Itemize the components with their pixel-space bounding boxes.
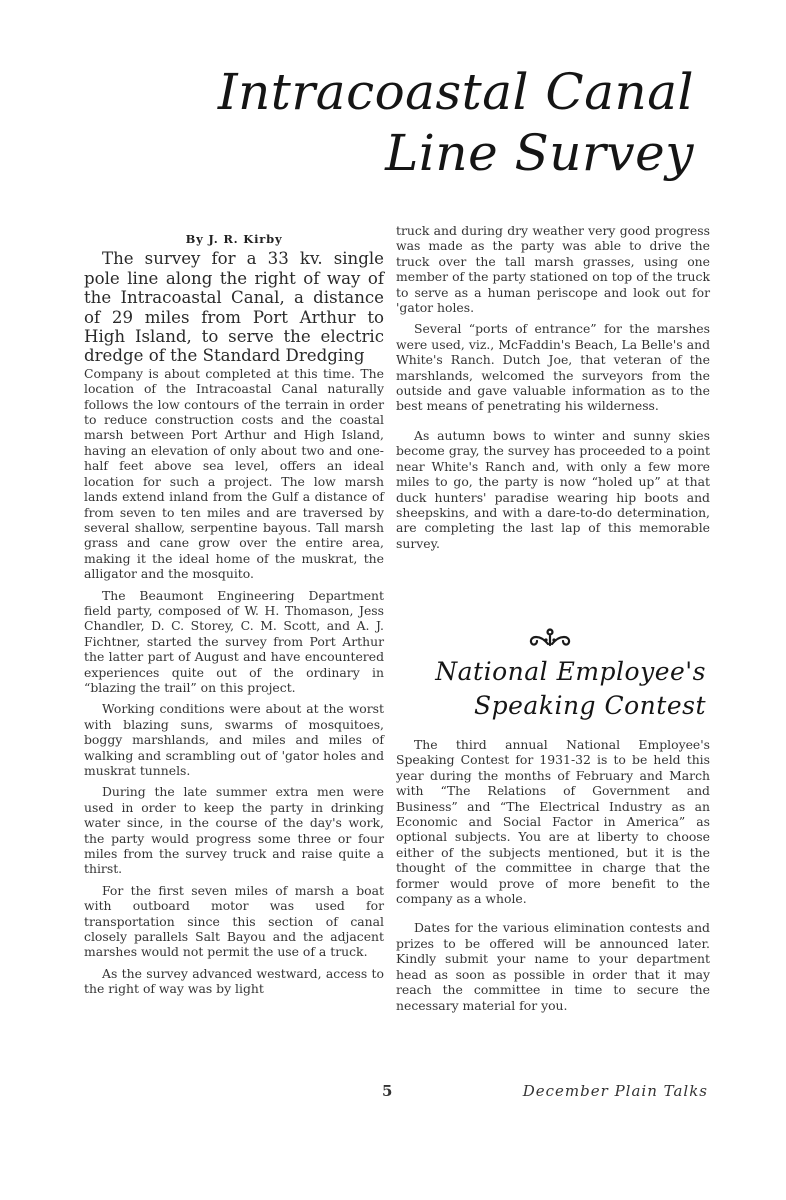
contest-paragraph: The third annual National Employee's Spe…: [396, 737, 710, 906]
article-paragraph: truck and during dry weather very good p…: [396, 223, 710, 315]
article-title: Intracoastal Canal Line Survey: [218, 62, 694, 184]
publication-name: December Plain Talks: [523, 1082, 708, 1100]
page-number: 5: [382, 1082, 392, 1100]
article-paragraph: During the late summer extra men were us…: [84, 784, 384, 876]
contest-title: National Employee's Speaking Contest: [435, 655, 706, 723]
lead-paragraph: The survey for a 33 kv. single pole line…: [84, 249, 384, 365]
contest-title-line-1: National Employee's: [435, 655, 706, 689]
article-title-line-2: Line Survey: [218, 122, 694, 184]
article-paragraph: The Beaumont Engineering Department fiel…: [84, 588, 384, 696]
contest-title-line-2: Speaking Contest: [435, 689, 706, 723]
article-paragraph: Working conditions were about at the wor…: [84, 701, 384, 778]
article-column-right: truck and during dry weather very good p…: [396, 223, 710, 557]
article-paragraph: As autumn bows to winter and sunny skies…: [396, 428, 710, 551]
article-title-line-1: Intracoastal Canal: [218, 62, 694, 122]
article-paragraph: For the first seven miles of marsh a boa…: [84, 883, 384, 960]
contest-column: The third annual National Employee's Spe…: [396, 737, 710, 1019]
article-column-left: By J. R. Kirby The survey for a 33 kv. s…: [84, 232, 384, 1003]
article-paragraph: Company is about completed at this time.…: [84, 366, 384, 582]
byline: By J. R. Kirby: [84, 232, 384, 247]
article-paragraph: Several “ports of entrance” for the mars…: [396, 321, 710, 413]
contest-paragraph: Dates for the various elimination contes…: [396, 920, 710, 1012]
article-paragraph: As the survey advanced westward, access …: [84, 966, 384, 997]
floral-ornament-icon: [526, 626, 574, 648]
